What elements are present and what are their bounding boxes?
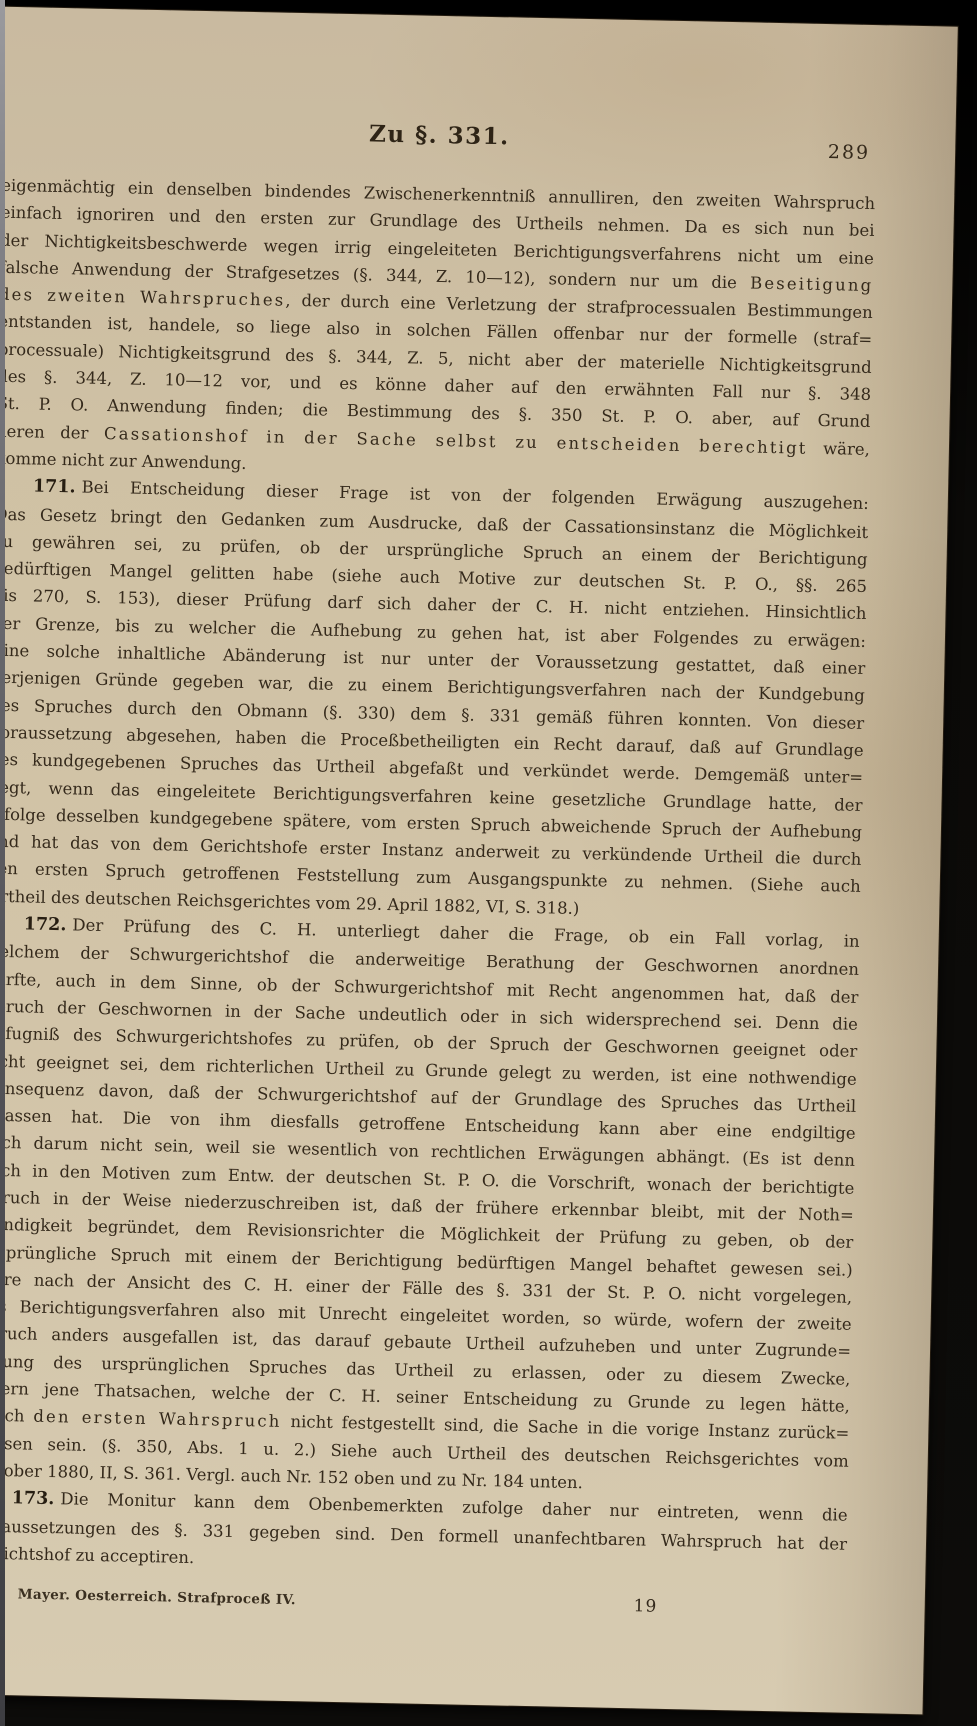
emphasized-text: den ersten Wahrspruch bbox=[33, 1407, 282, 1431]
page-number: 289 bbox=[828, 139, 871, 167]
scanned-book-page: Zu §. 331. 289 eigenmächtig ein denselbe… bbox=[0, 0, 977, 1726]
page-footer: Mayer. Oesterreich. Strafproceß IV. 19 bbox=[0, 1579, 846, 1627]
emphasized-text: des zweiten Wahrspruches bbox=[0, 285, 286, 310]
volume-imprint: Mayer. Oesterreich. Strafproceß IV. bbox=[18, 1587, 296, 1609]
paragraph-number: 172. bbox=[24, 914, 73, 935]
paragraph-number: 173. bbox=[12, 1488, 61, 1509]
scan-left-edge bbox=[0, 0, 5, 1726]
section-title: Zu §. 331. bbox=[2, 113, 876, 159]
paragraph-number: 171. bbox=[33, 477, 82, 498]
emphasized-text: Beseitigung bbox=[750, 273, 874, 295]
text-column: eigenmächtig ein denselben bindendes Zwi… bbox=[0, 172, 875, 1585]
book-page-paper: Zu §. 331. 289 eigenmächtig ein denselbe… bbox=[0, 6, 958, 1714]
page-header: Zu §. 331. 289 bbox=[2, 113, 877, 171]
page-content: Zu §. 331. 289 eigenmächtig ein denselbe… bbox=[0, 6, 879, 1627]
sheet-number: 19 bbox=[633, 1593, 657, 1621]
